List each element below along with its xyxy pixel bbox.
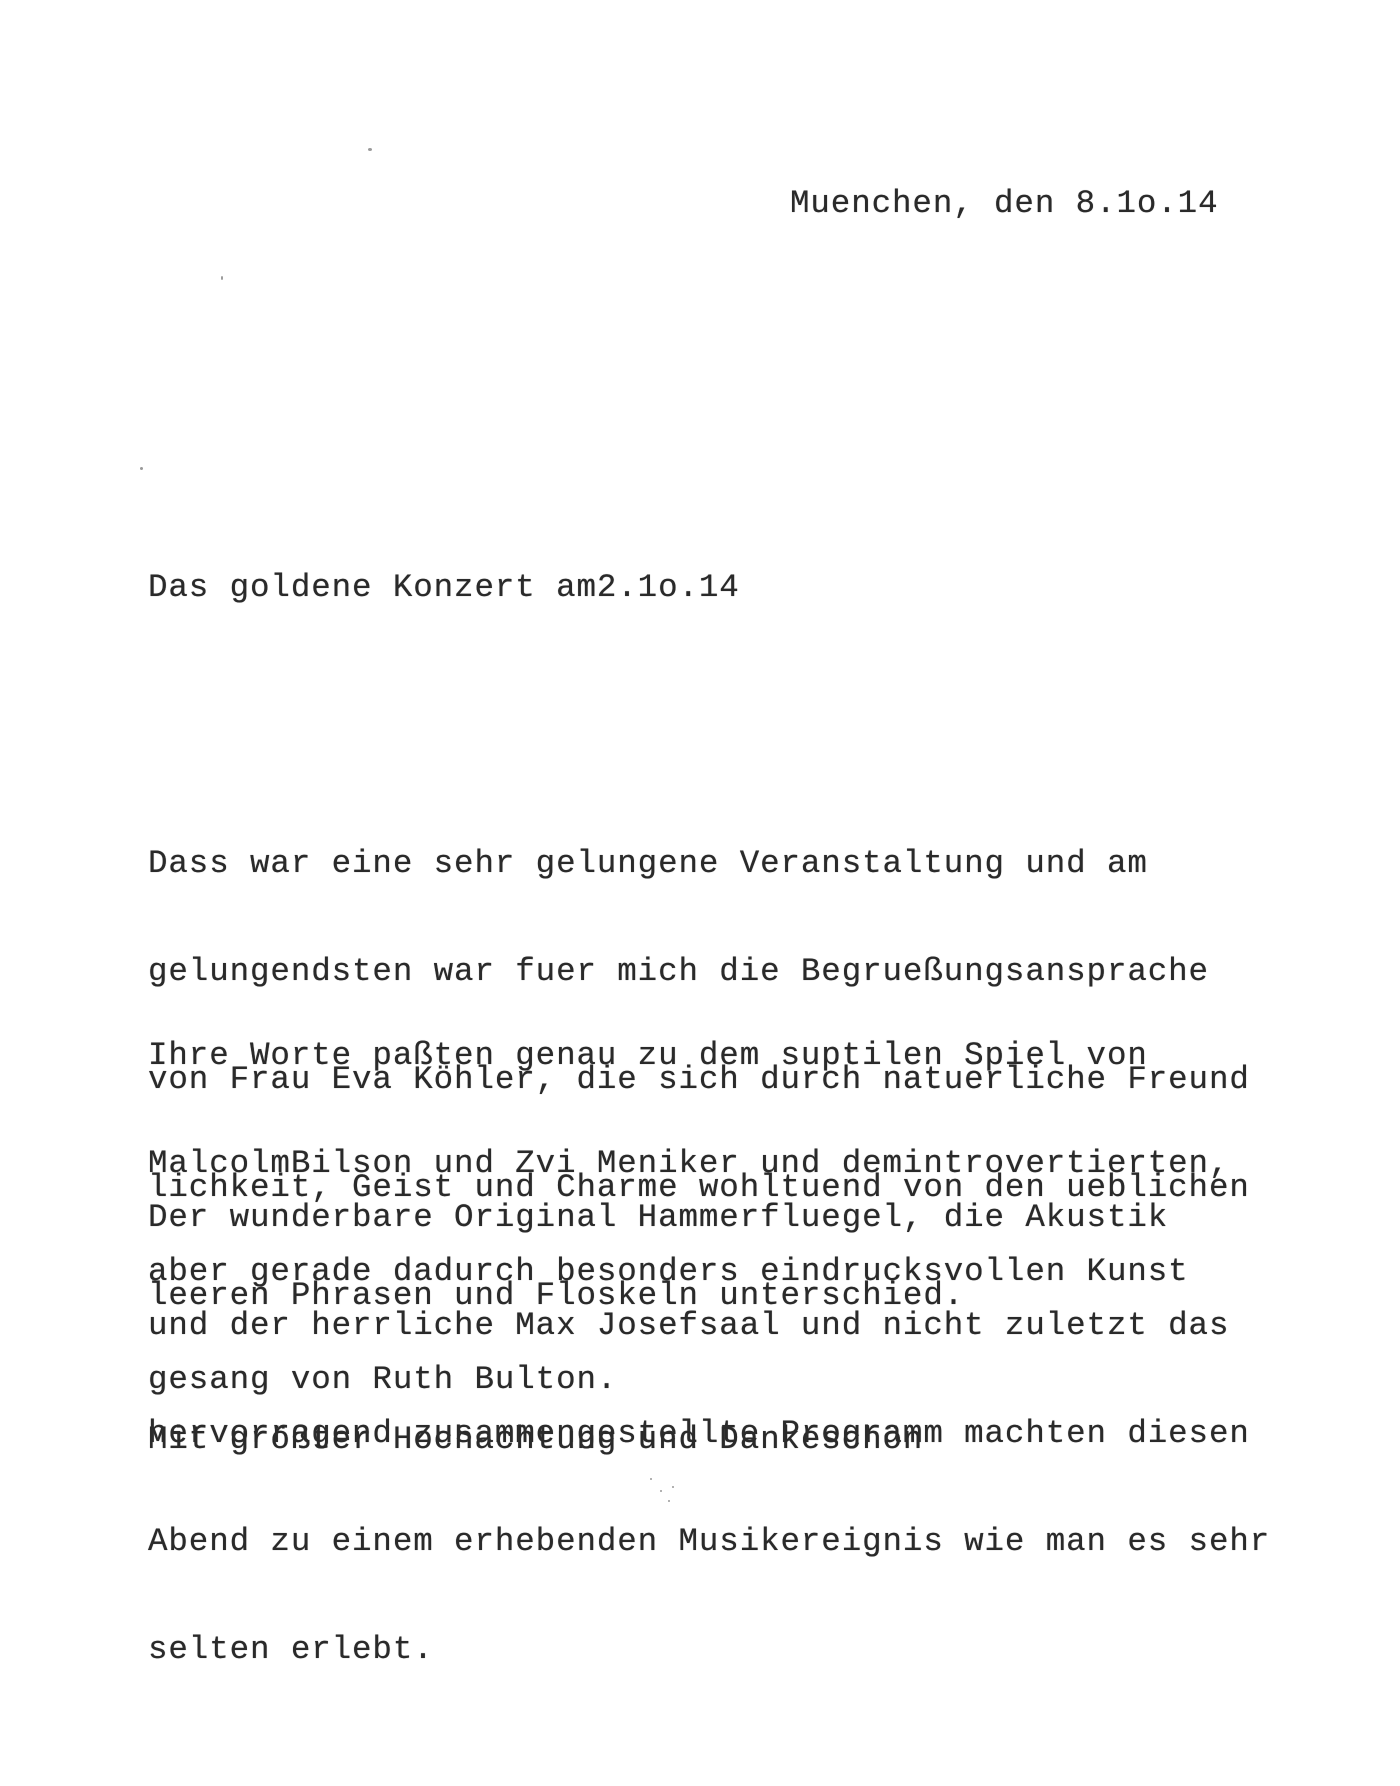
place-and-date: Muenchen, den 8.1o.14 [790, 186, 1218, 222]
letter-subject: Das goldene Konzert am2.1o.14 [148, 570, 740, 606]
paragraph-line: Abend zu einem erhebenden Musikereignis … [148, 1524, 1270, 1560]
paragraph-line: und der herrliche Max Josefsaal und nich… [148, 1308, 1270, 1344]
scan-speck [368, 148, 372, 151]
paragraph-line: Dass war eine sehr gelungene Veranstaltu… [148, 846, 1250, 882]
paragraph-line: Ihre Worte paßten genau zu dem suptilen … [148, 1038, 1229, 1074]
scan-speck [668, 1500, 670, 1502]
paragraph-line: Der wunderbare Original Hammerfluegel, d… [148, 1200, 1270, 1236]
paragraph-line: selten erlebt. [148, 1632, 1270, 1668]
scan-speck [650, 1478, 652, 1480]
closing-line: Mit größter Hochachtung und Dankeschön [148, 1422, 923, 1458]
scan-speck [221, 276, 223, 280]
scan-speck [140, 467, 143, 470]
scan-speck [660, 1490, 662, 1492]
letter-page: Muenchen, den 8.1o.14 Das goldene Konzer… [0, 0, 1400, 1786]
scan-speck [672, 1486, 674, 1488]
